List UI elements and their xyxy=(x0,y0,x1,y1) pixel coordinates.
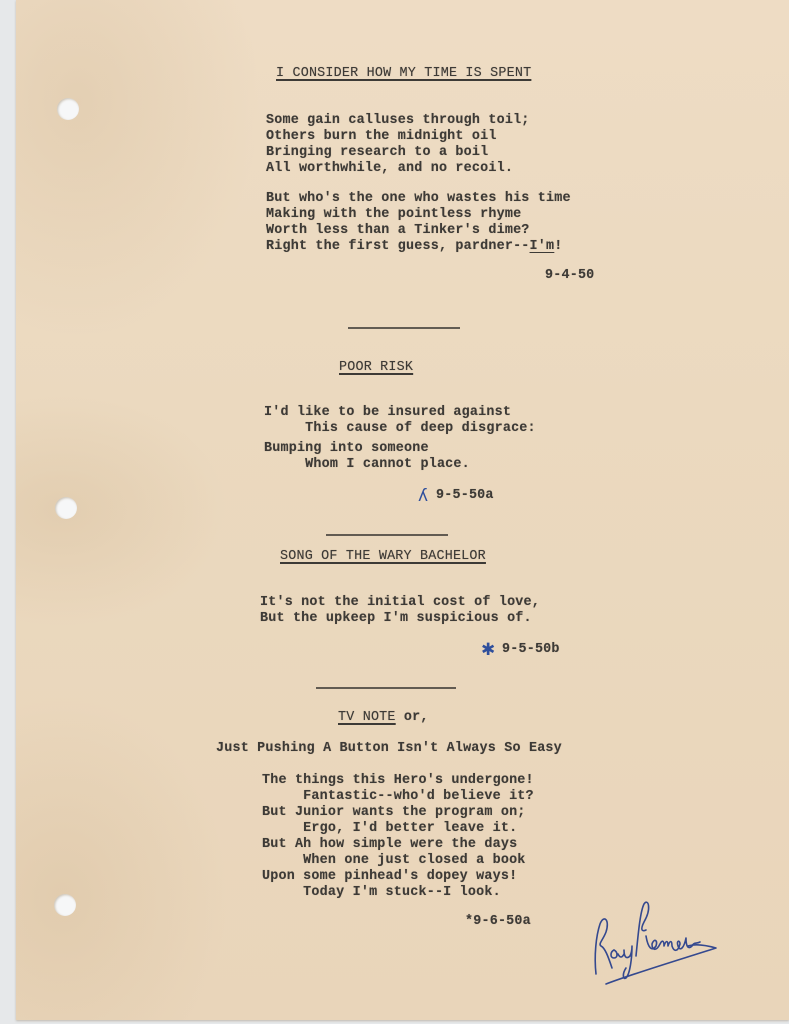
poem-line: Today I'm stuck--I look. xyxy=(262,885,501,901)
poem-line: Some gain calluses through toil; xyxy=(266,113,530,129)
poem-line: Making with the pointless rhyme xyxy=(266,207,521,223)
poem-line: This cause of deep disgrace: xyxy=(264,421,536,437)
poem-line: Ergo, I'd better leave it. xyxy=(262,821,517,837)
poem-line: Bringing research to a boil xyxy=(266,145,488,161)
punch-hole xyxy=(54,894,76,916)
poem-line: But Ah how simple were the days xyxy=(262,837,517,853)
poem-title: I CONSIDER HOW MY TIME IS SPENT xyxy=(276,66,531,82)
poem-line: The things this Hero's undergone! xyxy=(262,773,534,789)
poem-line: But the upkeep I'm suspicious of. xyxy=(260,611,532,627)
poem-line: Whom I cannot place. xyxy=(264,457,470,473)
poem-line-text: Right the first guess, pardner-- xyxy=(266,239,530,254)
punch-hole xyxy=(57,98,79,120)
pen-asterisk-mark: ✱ xyxy=(481,642,495,658)
punch-hole xyxy=(55,497,77,519)
poem-subtitle: Just Pushing A Button Isn't Always So Ea… xyxy=(216,741,562,757)
poem-line: Fantastic--who'd believe it? xyxy=(262,789,534,805)
section-divider xyxy=(348,327,460,329)
pen-check-mark: ʎ xyxy=(418,488,428,504)
poem-line: Upon some pinhead's dopey ways! xyxy=(262,869,517,885)
poem-line: Worth less than a Tinker's dime? xyxy=(266,223,530,239)
poem-title-row: TV NOTE or, xyxy=(338,710,429,726)
poem-line: It's not the initial cost of love, xyxy=(260,595,540,611)
poem-line: Bumping into someone xyxy=(264,441,429,457)
poem-date: 9-4-50 xyxy=(545,268,594,284)
poem-date: 9-5-50b xyxy=(502,642,560,658)
poem-line: Others burn the midnight oil xyxy=(266,129,497,145)
poem-line: Right the first guess, pardner--I'm! xyxy=(266,239,563,255)
emphasized-word: I'm xyxy=(530,239,555,254)
poem-line: All worthwhile, and no recoil. xyxy=(266,161,513,177)
poem-line: When one just closed a book xyxy=(262,853,526,869)
poem-date: 9-5-50a xyxy=(436,488,494,504)
section-divider xyxy=(316,687,456,689)
poem-title: TV NOTE xyxy=(338,710,396,725)
poem-date: *9-6-50a xyxy=(465,914,531,930)
handwritten-signature: Ray Romnde xyxy=(592,896,732,996)
section-divider xyxy=(326,534,448,536)
poem-line: I'd like to be insured against xyxy=(264,405,511,421)
poem-line-end: ! xyxy=(554,239,562,254)
poem-title: SONG OF THE WARY BACHELOR xyxy=(280,549,486,565)
poem-title-suffix: or, xyxy=(396,710,429,725)
poem-line: But Junior wants the program on; xyxy=(262,805,526,821)
poem-title: POOR RISK xyxy=(339,360,413,376)
poem-line: But who's the one who wastes his time xyxy=(266,191,571,207)
